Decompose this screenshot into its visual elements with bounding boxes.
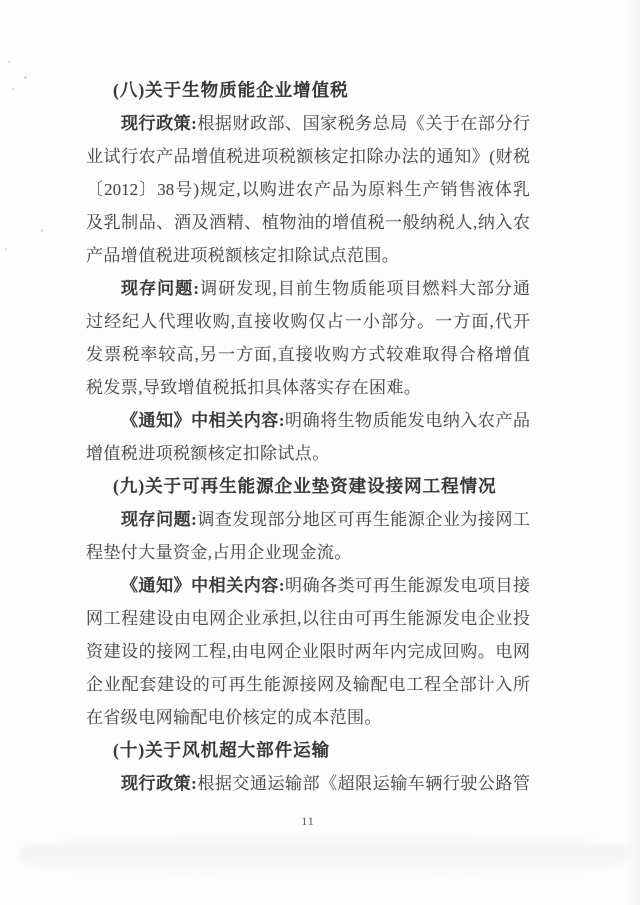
scan-shadow-bottom [20,833,630,878]
paragraph-line: 现存问题:调查发现部分地区可再生能源企业为接网工 [86,503,530,536]
paragraph-line: 《通知》中相关内容:明确将生物质能发电纳入农产品 [86,404,530,437]
scan-speck [12,88,14,90]
paragraph-lead: 《通知》中相关内容: [121,576,285,595]
scan-shadow-right [626,0,640,905]
paragraph-line: 在省级电网输配电价核定的成本范围。 [86,701,530,734]
paragraph-line: 〔2012〕38号)规定,以购进农产品为原料生产销售液体乳 [86,173,530,206]
document-body: (八)关于生物质能企业增值税 现行政策:根据财政部、国家税务总局《关于在部分行 … [86,74,530,800]
paragraph-line: 资建设的接网工程,由电网企业限时两年内完成回购。电网 [86,635,530,668]
paragraph-line: 现存问题:调研发现,目前生物质能项目燃料大部分通 [86,272,530,305]
paragraph-line: 现行政策:根据交通运输部《超限运输车辆行驶公路管 [86,767,530,800]
paragraph-lead: 现行政策: [121,774,197,793]
scan-speck [8,61,10,63]
section-9-heading: (九)关于可再生能源企业垫资建设接网工程情况 [86,470,530,503]
paragraph-text: 根据财政部、国家税务总局《关于在部分行 [197,114,530,133]
paragraph-lead: 《通知》中相关内容: [121,411,285,430]
scanned-document-page: (八)关于生物质能企业增值税 现行政策:根据财政部、国家税务总局《关于在部分行 … [0,0,640,905]
paragraph-text: 明确各类可再生能源发电项目接 [285,576,531,595]
paragraph-line: 程垫付大量资金,占用企业现金流。 [86,536,530,569]
section-8-heading: (八)关于生物质能企业增值税 [86,74,530,107]
scan-speck [24,76,27,79]
scan-speck [41,229,43,232]
paragraph-text: 根据交通运输部《超限运输车辆行驶公路管 [197,774,530,793]
page-number: 11 [0,814,616,829]
paragraph-line: 《通知》中相关内容:明确各类可再生能源发电项目接 [86,569,530,602]
paragraph-line: 业试行农产品增值税进项税额核定扣除办法的通知》(财税 [86,140,530,173]
paragraph-line: 现行政策:根据财政部、国家税务总局《关于在部分行 [86,107,530,140]
paragraph-text: 调查发现部分地区可再生能源企业为接网工 [197,510,530,529]
paragraph-line: 过经纪人代理收购,直接收购仅占一小部分。一方面,代开 [86,305,530,338]
paragraph-line: 发票税率较高,另一方面,直接收购方式较难取得合格增值 [86,338,530,371]
paragraph-lead: 现存问题: [121,279,199,298]
paragraph-line: 企业配套建设的可再生能源接网及输配电工程全部计入所 [86,668,530,701]
paragraph-line: 及乳制品、酒及酒精、植物油的增值税一般纳税人,纳入农 [86,206,530,239]
paragraph-line: 增值税进项税额核定扣除试点。 [86,437,530,470]
paragraph-text: 调研发现,目前生物质能项目燃料大部分通 [199,279,530,298]
scan-speck [5,248,7,250]
paragraph-line: 税发票,导致增值税抵扣具体落实存在困难。 [86,371,530,404]
paragraph-text: 明确将生物质能发电纳入农产品 [285,411,531,430]
paragraph-lead: 现存问题: [121,510,197,529]
paragraph-line: 网工程建设由电网企业承担,以往由可再生能源发电企业投 [86,602,530,635]
paragraph-lead: 现行政策: [121,114,197,133]
section-10-heading: (十)关于风机超大部件运输 [86,734,530,767]
paragraph-line: 产品增值税进项税额核定扣除试点范围。 [86,239,530,272]
